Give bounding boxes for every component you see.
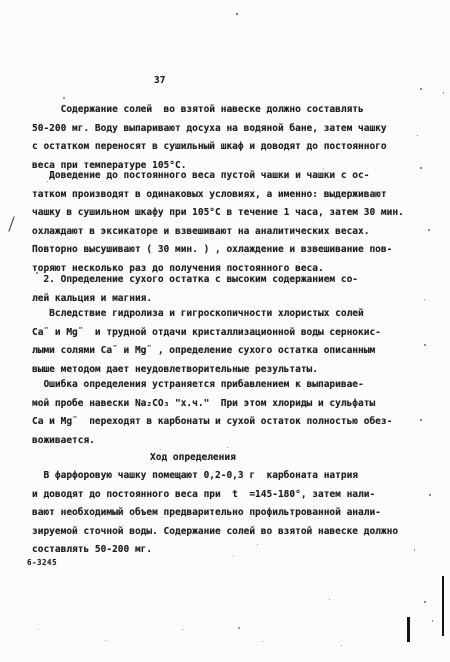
procedure-heading: Ход определения xyxy=(150,452,236,463)
margin-slash-mark xyxy=(8,216,14,231)
scan-edge-bar xyxy=(407,617,410,642)
text-line: В фарфоровую чашку помещают 0,2-0,3 г ка… xyxy=(32,467,398,486)
section-2-heading: 2. Определение сухого остатка с высоким … xyxy=(32,271,358,308)
scanned-document-page: 37 Содержание солей во взятой навеске до… xyxy=(0,0,450,662)
text-line: составлять 50-200 мг. xyxy=(32,541,398,560)
text-line: чашку в сушильном шкафу при 105°С в тече… xyxy=(32,204,404,223)
paragraph-salt-content: Содержание солей во взятой навеске должн… xyxy=(32,101,387,175)
text-line: с остатком переносят в сушильный шкаф и … xyxy=(32,138,387,157)
scan-speckle xyxy=(424,299,425,300)
scan-speckle xyxy=(36,272,38,274)
scan-speckle xyxy=(432,620,433,622)
scan-speckle xyxy=(428,229,430,231)
scan-speckle xyxy=(420,88,422,90)
scan-speckle xyxy=(268,329,269,330)
scan-speckle xyxy=(417,135,418,136)
scan-speckle xyxy=(443,92,444,94)
scan-speckle xyxy=(105,640,106,641)
scan-speckle xyxy=(420,167,422,169)
text-line: вают необходимый объем предварительно пр… xyxy=(32,504,398,523)
text-line: татком производят в одинаковых условиях,… xyxy=(32,186,404,205)
paragraph-constant-weight: Доведение до постоянного веса пустой чаш… xyxy=(32,167,404,279)
paragraph-hydrolysis: Вследствие гидролиза и гигроскопичности … xyxy=(32,305,381,379)
scan-speckle xyxy=(238,627,240,629)
paragraph-error-correction: Ошибка определения устраняется прибавлен… xyxy=(32,376,392,450)
scan-speckle xyxy=(227,447,228,448)
scan-speckle xyxy=(38,629,39,630)
text-line: охлаждают в эксикаторе и взвешивают на а… xyxy=(32,223,404,242)
scan-speckle xyxy=(341,645,342,646)
scan-speckle xyxy=(420,419,422,421)
printers-mark: 6-3245 xyxy=(27,558,57,567)
scan-speckle xyxy=(323,168,324,169)
scan-speckle xyxy=(429,494,431,496)
text-line: 2. Определение сухого остатка с высоким … xyxy=(32,271,358,290)
text-line: Ошибка определения устраняется прибавлен… xyxy=(32,376,392,395)
scan-speckle xyxy=(299,262,300,263)
scan-speckle xyxy=(414,549,415,551)
text-line: воживается. xyxy=(32,432,392,451)
scan-speckle xyxy=(236,13,238,15)
scan-speckle xyxy=(63,97,65,99)
text-line: Вследствие гидролиза и гигроскопичности … xyxy=(32,305,381,324)
text-line: Доведение до постоянного веса пустой чаш… xyxy=(32,167,404,186)
scan-speckle xyxy=(182,629,183,630)
text-line: 50-200 мг. Воду выпаривают досуха на вод… xyxy=(32,120,387,139)
scan-speckle xyxy=(262,641,263,642)
scan-speckle xyxy=(233,555,234,556)
text-line: Ca¨ и Mg¨ и трудной отдачи кристаллизаци… xyxy=(32,324,381,343)
scan-edge-line xyxy=(442,576,444,636)
text-line: зируемой сточной воды. Содержание солей … xyxy=(32,523,398,542)
scan-speckle xyxy=(257,544,258,545)
paragraph-procedure: В фарфоровую чашку помещают 0,2-0,3 г ка… xyxy=(32,467,398,560)
scan-speckle xyxy=(424,601,426,603)
scan-speckle xyxy=(160,449,161,450)
text-line: лыми солями Ca¨ и Mg¨ , определение сухо… xyxy=(32,342,381,361)
scan-speckle xyxy=(47,181,48,182)
scan-speckle xyxy=(257,364,258,365)
text-line: Содержание солей во взятой навеске должн… xyxy=(32,101,387,120)
text-line: Ca и Mg¨ переходят в карбонаты и сухой о… xyxy=(32,413,392,432)
scan-speckle xyxy=(424,344,426,346)
text-line: мой пробе навески Na₂CO₃ "х.ч." При этом… xyxy=(32,395,392,414)
scan-speckle xyxy=(329,599,330,600)
text-line: Повторно высушивают ( 30 мин. ) , охлажд… xyxy=(32,241,404,260)
text-line: и доводят до постоянного веса при t =145… xyxy=(32,486,398,505)
page-number: 37 xyxy=(154,75,165,86)
